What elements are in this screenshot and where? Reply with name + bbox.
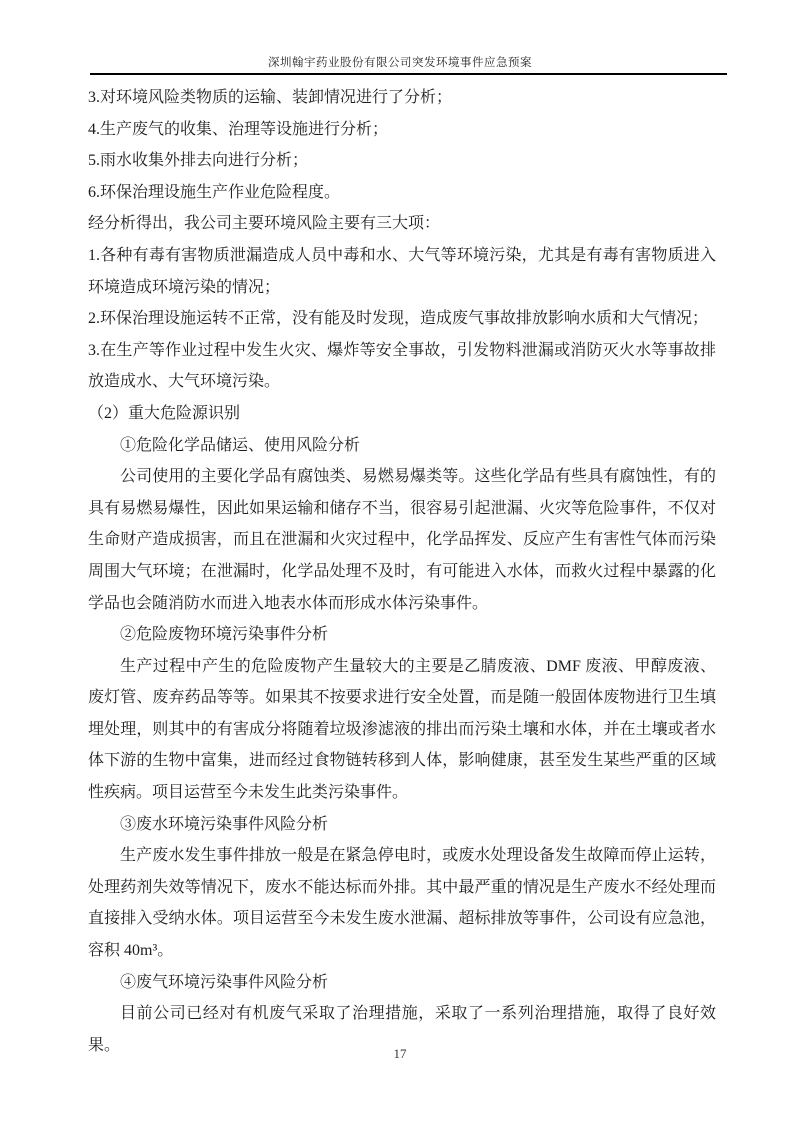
paragraph: ①危险化学品储运、使用风险分析	[88, 430, 716, 462]
paragraph: 公司使用的主要化学品有腐蚀类、易燃易爆类等。这些化学品有些具有腐蚀性，有的具有易…	[88, 461, 716, 619]
paragraph: 1.各种有毒有害物质泄漏造成人员中毒和水、大气等环境污染，尤其是有毒有害物质进入…	[88, 240, 716, 303]
document-body: 3.对环境风险类物质的运输、装卸情况进行了分析；4.生产废气的收集、治理等设施进…	[88, 82, 716, 1061]
paragraph: 3.对环境风险类物质的运输、装卸情况进行了分析；	[88, 82, 716, 114]
paragraph: 生产废水发生事件排放一般是在紧急停电时，或废水处理设备发生故障而停止运转，处理药…	[88, 840, 716, 966]
paragraph: 6.环保治理设施生产作业危险程度。	[88, 177, 716, 209]
paragraph: 4.生产废气的收集、治理等设施进行分析；	[88, 114, 716, 146]
paragraph: （2）重大危险源识别	[88, 398, 716, 430]
paragraph: 2.环保治理设施运转不正常，没有能及时发现，造成废气事故排放影响水质和大气情况；	[88, 303, 716, 335]
paragraph: 5.雨水收集外排去向进行分析；	[88, 145, 716, 177]
header-rule	[90, 73, 727, 75]
paragraph: 经分析得出，我公司主要环境风险主要有三大项：	[88, 208, 716, 240]
document-page: 深圳翰宇药业股份有限公司突发环境事件应急预案 3.对环境风险类物质的运输、装卸情…	[0, 0, 800, 1131]
paragraph: 生产过程中产生的危险废物产生量较大的主要是乙腈废液、DMF 废液、甲醇废液、废灯…	[88, 651, 716, 809]
page-header-title: 深圳翰宇药业股份有限公司突发环境事件应急预案	[0, 54, 800, 70]
paragraph: ③废水环境污染事件风险分析	[88, 809, 716, 841]
paragraph: ④废气环境污染事件风险分析	[88, 967, 716, 999]
page-number: 17	[0, 1046, 800, 1062]
paragraph: 3.在生产等作业过程中发生火灾、爆炸等安全事故，引发物料泄漏或消防灭火水等事故排…	[88, 335, 716, 398]
paragraph: ②危险废物环境污染事件分析	[88, 619, 716, 651]
